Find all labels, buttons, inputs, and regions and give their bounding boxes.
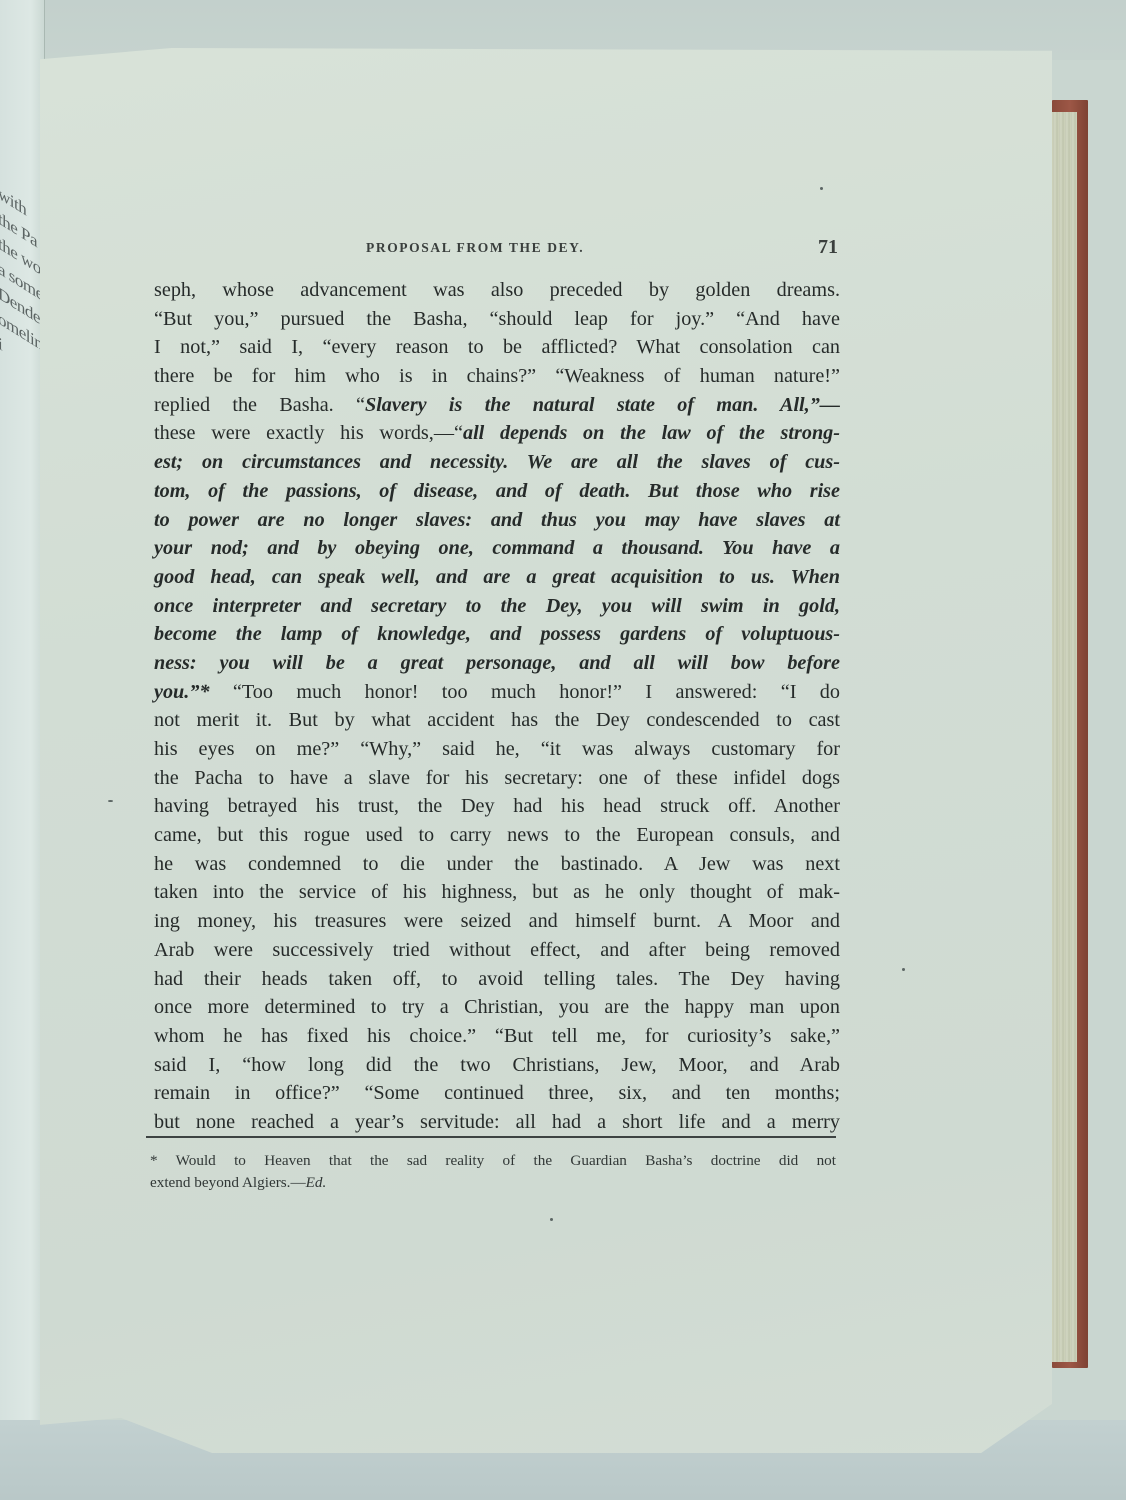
body-line: “But you,” pursued the Basha, “should le…	[154, 305, 840, 334]
italic-quote-segment: to power are no longer slaves: and thus …	[154, 509, 840, 531]
body-line: to power are no longer slaves: and thus …	[154, 506, 840, 535]
text-segment: having betrayed his trust, the Dey had h…	[154, 795, 840, 817]
footnote-rule	[146, 1136, 836, 1138]
running-head-title: PROPOSAL FROM THE DEY.	[366, 240, 584, 256]
text-segment: “Too much honor! too much honor!” I answ…	[210, 681, 840, 703]
facing-page-edge: withthe Pathe wora some-Denderomelini	[0, 0, 45, 1420]
body-line: said I, “how long did the two Christians…	[154, 1051, 840, 1080]
text-segment: whom he has fixed his choice.” “But tell…	[154, 1025, 840, 1047]
text-segment: taken into the service of his highness, …	[154, 881, 840, 903]
text-segment: remain in office?” “Some continued three…	[154, 1082, 840, 1104]
text-segment: said I, “how long did the two Christians…	[154, 1054, 840, 1076]
running-head: PROPOSAL FROM THE DEY. 71	[366, 238, 838, 268]
footnote: * Would to Heaven that the sad reality o…	[150, 1150, 836, 1194]
body-line: taken into the service of his highness, …	[154, 878, 840, 907]
text-segment: replied the Basha. “	[154, 394, 365, 416]
footnote-editor-mark: Ed.	[306, 1174, 327, 1191]
text-segment: came, but this rogue used to carry news …	[154, 824, 840, 846]
italic-quote-segment: you.”*	[154, 681, 210, 703]
body-line: ness: you will be a great personage, and…	[154, 649, 840, 678]
text-segment: Arab were successively tried without eff…	[154, 939, 840, 961]
footnote-line: * Would to Heaven that the sad reality o…	[150, 1150, 836, 1172]
italic-quote-segment: once interpreter and secretary to the De…	[154, 595, 840, 617]
body-line: remain in office?” “Some continued three…	[154, 1079, 840, 1108]
body-line: seph, whose advancement was also precede…	[154, 276, 840, 305]
text-segment: had their heads taken off, to avoid tell…	[154, 968, 840, 990]
italic-quote-segment: good head, can speak well, and are a gre…	[154, 566, 840, 588]
body-line: become the lamp of knowledge, and posses…	[154, 620, 840, 649]
body-line: whom he has fixed his choice.” “But tell…	[154, 1022, 840, 1051]
text-segment: I not,” said I, “every reason to be affl…	[154, 336, 840, 358]
page-number: 71	[818, 236, 838, 259]
body-text: seph, whose advancement was also precede…	[154, 276, 840, 1137]
body-line: I not,” said I, “every reason to be affl…	[154, 333, 840, 362]
text-segment: “But you,” pursued the Basha, “should le…	[154, 308, 840, 330]
body-line: came, but this rogue used to carry news …	[154, 821, 840, 850]
body-line: had their heads taken off, to avoid tell…	[154, 965, 840, 994]
text-segment: seph, whose advancement was also precede…	[154, 279, 840, 301]
text-segment: his eyes on me?” “Why,” said he, “it was…	[154, 738, 840, 760]
body-line: the Pacha to have a slave for his secret…	[154, 764, 840, 793]
body-line: these were exactly his words,—“all depen…	[154, 419, 840, 448]
page-speck	[902, 968, 905, 971]
text-segment: but none reached a year’s servitude: all…	[154, 1111, 840, 1133]
page-speck	[108, 800, 113, 802]
italic-quote-segment: est; on circumstances and necessity. We …	[154, 451, 840, 473]
facing-page-text-fragment: withthe Pathe wora some-Denderomelini	[0, 180, 45, 392]
body-line: your nod; and by obeying one, command a …	[154, 534, 840, 563]
italic-quote-segment: Slavery is the natural state of man. All…	[365, 394, 840, 416]
body-line: once more determined to try a Christian,…	[154, 993, 840, 1022]
text-segment: these were exactly his words,—“	[154, 422, 463, 444]
body-line: good head, can speak well, and are a gre…	[154, 563, 840, 592]
text-segment: the Pacha to have a slave for his secret…	[154, 767, 840, 789]
body-line: not merit it. But by what accident has t…	[154, 706, 840, 735]
text-segment: he was condemned to die under the bastin…	[154, 853, 840, 875]
body-line: replied the Basha. “Slavery is the natur…	[154, 391, 840, 420]
italic-quote-segment: all depends on the law of the strong-	[463, 422, 840, 444]
body-line: ing money, his treasures were seized and…	[154, 907, 840, 936]
footnote-text: extend beyond Algiers.—	[150, 1174, 306, 1191]
text-segment: not merit it. But by what accident has t…	[154, 709, 840, 731]
body-line: once interpreter and secretary to the De…	[154, 592, 840, 621]
body-line: Arab were successively tried without eff…	[154, 936, 840, 965]
body-line: tom, of the passions, of disease, and of…	[154, 477, 840, 506]
text-segment: once more determined to try a Christian,…	[154, 996, 840, 1018]
italic-quote-segment: ness: you will be a great personage, and…	[154, 652, 840, 674]
italic-quote-segment: become the lamp of knowledge, and posses…	[154, 623, 840, 645]
body-line: he was condemned to die under the bastin…	[154, 850, 840, 879]
page-speck	[820, 187, 823, 190]
body-line: but none reached a year’s servitude: all…	[154, 1108, 840, 1137]
body-line: having betrayed his trust, the Dey had h…	[154, 792, 840, 821]
body-line: there be for him who is in chains?” “Wea…	[154, 362, 840, 391]
italic-quote-segment: your nod; and by obeying one, command a …	[154, 537, 840, 559]
text-segment: ing money, his treasures were seized and…	[154, 910, 840, 932]
footnote-line: extend beyond Algiers.—Ed.	[150, 1172, 836, 1194]
page-speck	[550, 1218, 553, 1221]
body-line: you.”* “Too much honor! too much honor!”…	[154, 678, 840, 707]
body-line: his eyes on me?” “Why,” said he, “it was…	[154, 735, 840, 764]
italic-quote-segment: tom, of the passions, of disease, and of…	[154, 480, 840, 502]
text-segment: there be for him who is in chains?” “Wea…	[154, 365, 840, 387]
body-line: est; on circumstances and necessity. We …	[154, 448, 840, 477]
